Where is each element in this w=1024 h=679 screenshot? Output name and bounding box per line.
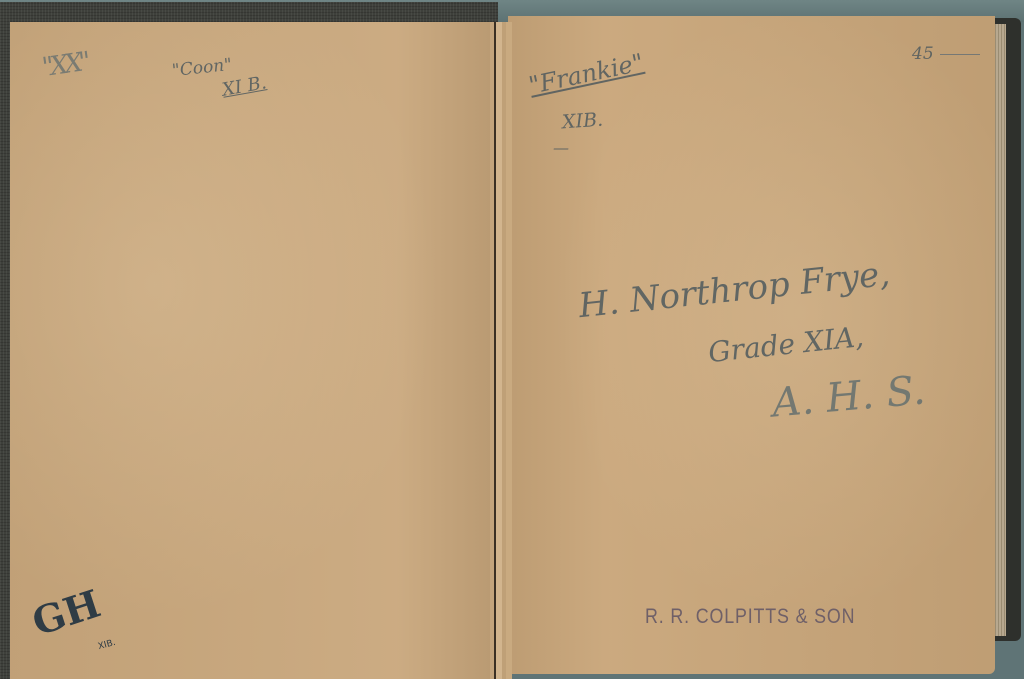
dash-mark: — — [553, 138, 569, 157]
grade-note-right: XIB. — [561, 109, 603, 134]
left-endpaper — [10, 22, 494, 679]
crossed-nickname: "XX" — [40, 47, 89, 83]
bookseller-stamp: R. R. COLPITTS & SON — [645, 605, 855, 629]
page-number-mark: 45 — [912, 44, 934, 64]
book-gutter — [490, 22, 512, 679]
book-photo: "XX" "Coon" XI B. GH XIB. "Frankie" XIB.… — [0, 0, 1024, 679]
